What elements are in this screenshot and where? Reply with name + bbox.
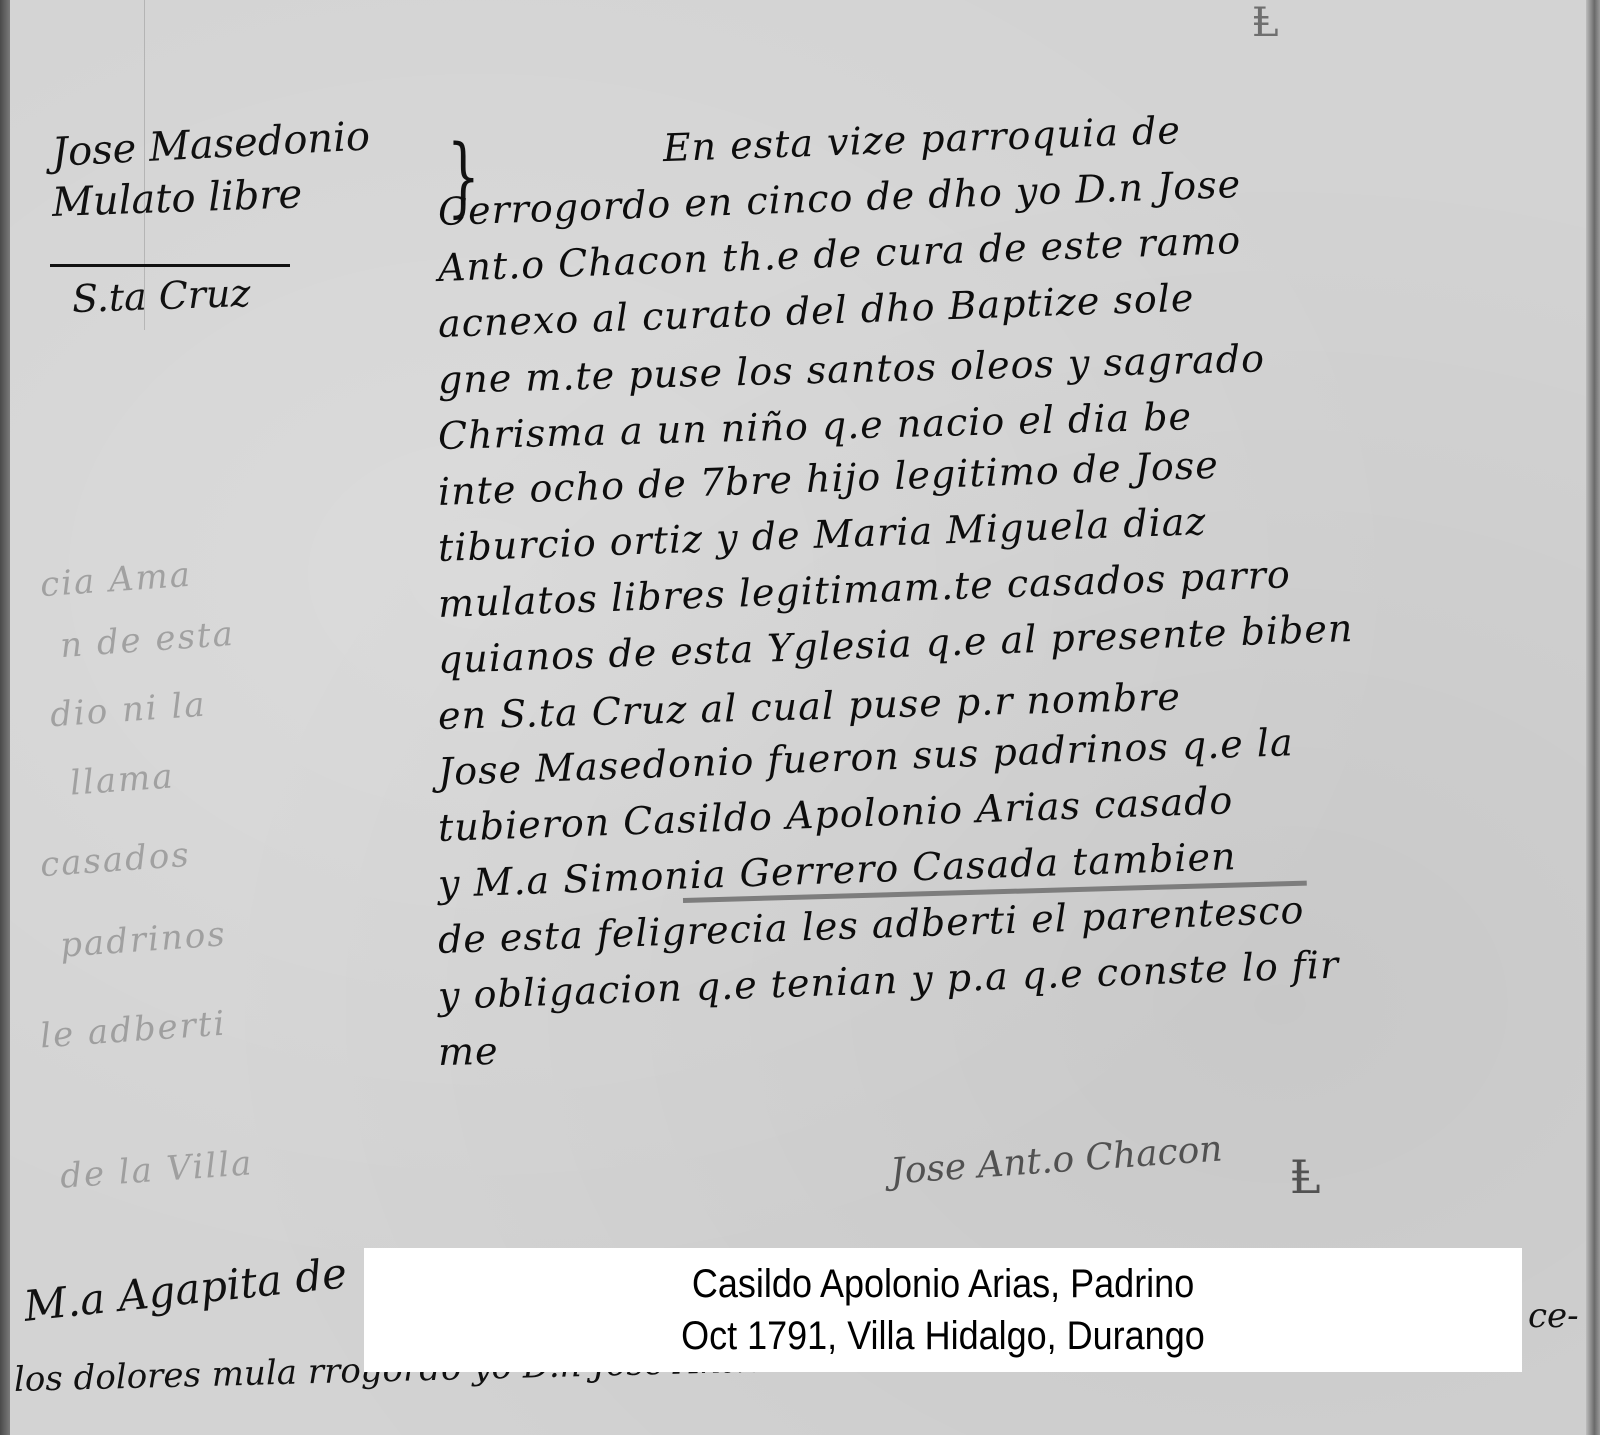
caption-box: Casildo Apolonio Arias, Padrino Oct 1791… xyxy=(364,1248,1522,1372)
caption-date-place: Oct 1791, Villa Hidalgo, Durango xyxy=(681,1310,1205,1362)
signature-rubric-mark: Ⱡ xyxy=(1290,1150,1321,1204)
page-binding-edge xyxy=(0,0,10,1435)
top-flourish-mark: Ⱡ xyxy=(1252,0,1279,46)
margin-rule xyxy=(50,264,290,267)
page-right-edge xyxy=(1586,0,1600,1435)
record-body: En esta vize parroquia de Cerrogordo en … xyxy=(438,128,1558,1080)
next-record-fragment: ce- xyxy=(1528,1296,1579,1336)
bleed-through-text: llama xyxy=(69,756,176,803)
margin-note-place: S.ta Cruz xyxy=(71,271,251,321)
margin-note: Jose Masedonio Mulato libre } S.ta Cruz xyxy=(52,128,432,228)
caption-title: Casildo Apolonio Arias, Padrino xyxy=(692,1258,1194,1310)
